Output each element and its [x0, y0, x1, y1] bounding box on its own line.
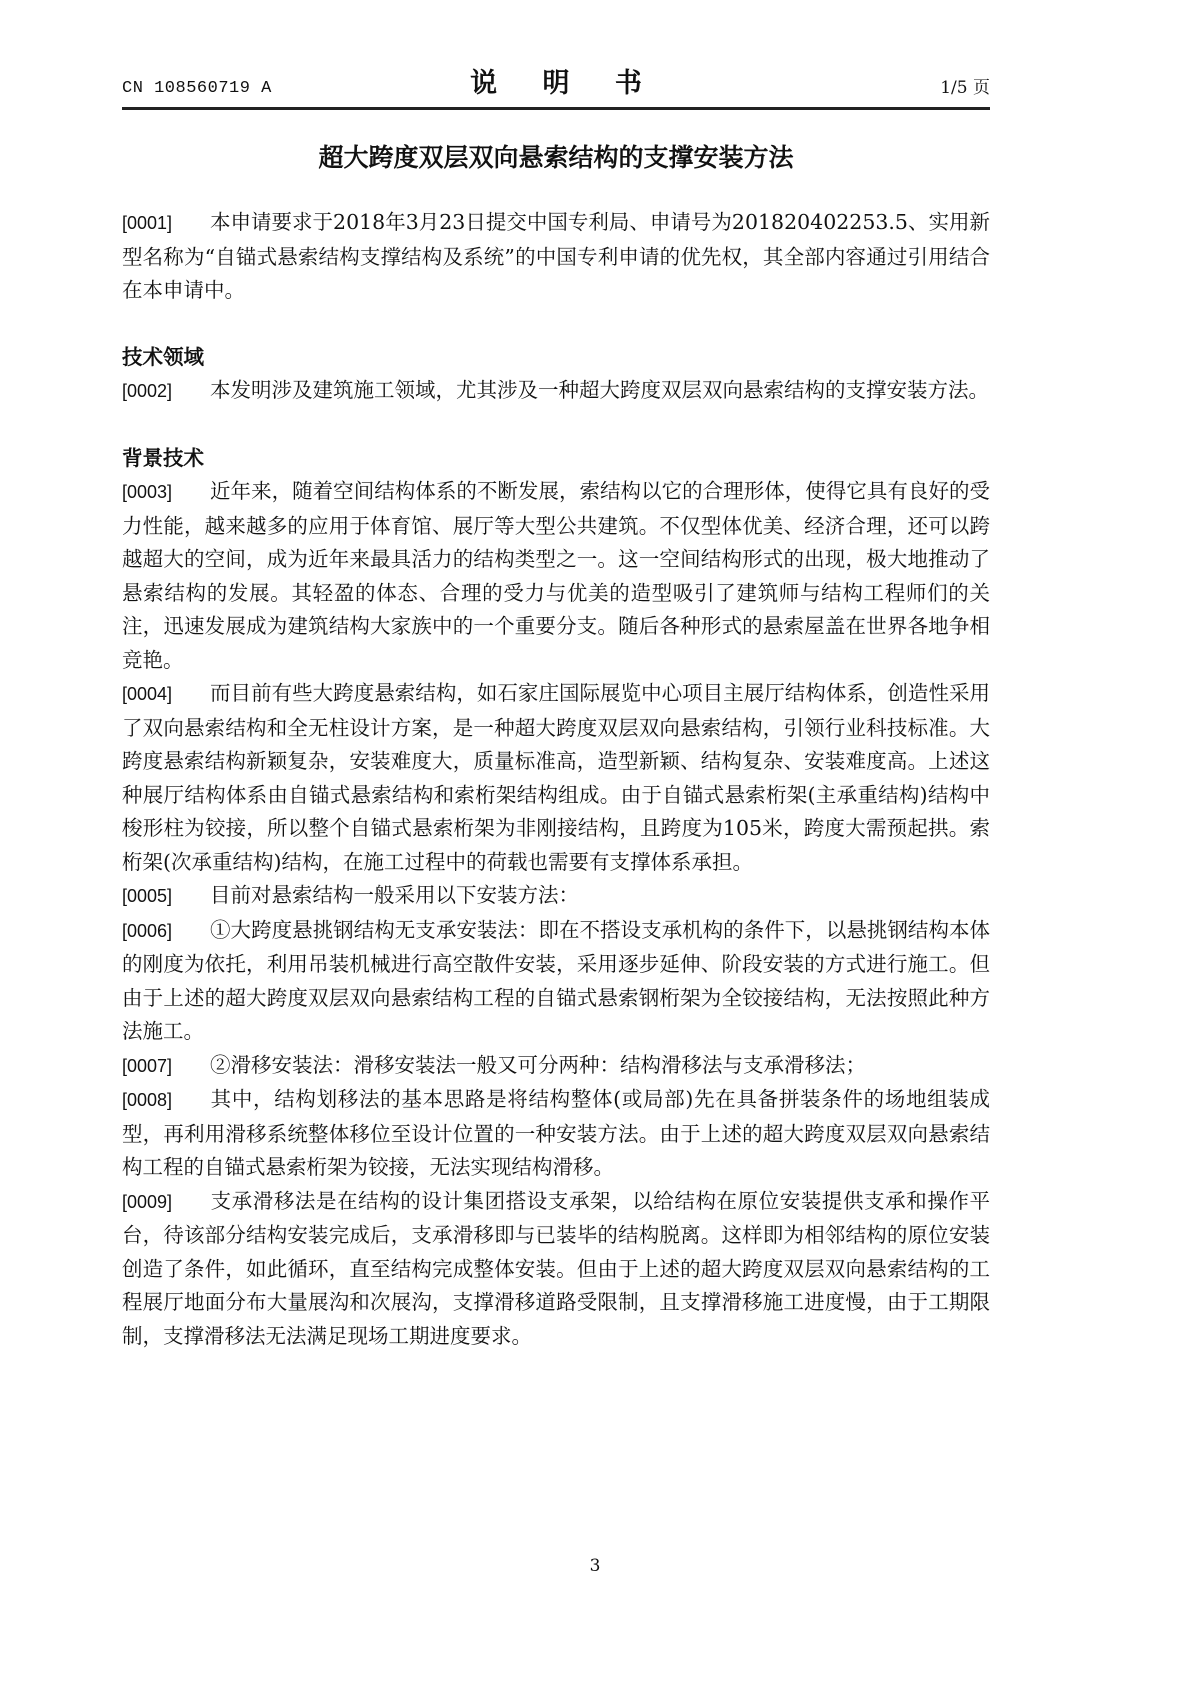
paragraph-text: 目前对悬索结构一般采用以下安装方法： [210, 883, 579, 907]
header-divider [122, 107, 990, 110]
paragraph-0004: [0004]而目前有些大跨度悬索结构，如石家庄国际展览中心项目主展厅结构体系，创… [122, 677, 990, 879]
section-heading-technical-field: 技术领域 [122, 341, 990, 375]
document-type: 说 明 书 [122, 61, 990, 100]
paragraph-number: [0009] [122, 1186, 210, 1220]
paragraph-text: 本发明涉及建筑施工领域，尤其涉及一种超大跨度双层双向悬索结构的支撑安装方法。 [210, 378, 989, 402]
paragraph-0006: [0006]①大跨度悬挑钢结构无支承安装法：即在不搭设支承机构的条件下，以悬挑钢… [122, 914, 990, 1049]
page-number: 3 [0, 1556, 1190, 1576]
document-body: [0001]本申请要求于2018年3月23日提交中国专利局、申请号为201820… [122, 206, 990, 1353]
paragraph-0001: [0001]本申请要求于2018年3月23日提交中国专利局、申请号为201820… [122, 206, 990, 308]
document-title: 超大跨度双层双向悬索结构的支撑安装方法 [122, 138, 990, 174]
paragraph-number: [0006] [122, 915, 210, 949]
paragraph-0007: [0007]②滑移安装法：滑移安装法一般又可分两种：结构滑移法与支承滑移法； [122, 1049, 990, 1084]
paragraph-text: 近年来，随着空间结构体系的不断发展，索结构以它的合理形体，使得它具有良好的受力性… [122, 479, 990, 672]
paragraph-number: [0008] [122, 1084, 210, 1118]
paragraph-number: [0003] [122, 476, 210, 510]
paragraph-number: [0004] [122, 678, 210, 712]
page-indicator: 1/5 页 [940, 73, 990, 98]
paragraph-0003: [0003]近年来，随着空间结构体系的不断发展，索结构以它的合理形体，使得它具有… [122, 475, 990, 677]
paragraph-text: ①大跨度悬挑钢结构无支承安装法：即在不搭设支承机构的条件下，以悬挑钢结构本体的刚… [122, 918, 990, 1044]
paragraph-text: 本申请要求于2018年3月23日提交中国专利局、申请号为201820402253… [122, 210, 990, 302]
paragraph-number: [0002] [122, 375, 210, 409]
paragraph-number: [0007] [122, 1050, 210, 1084]
paragraph-number: [0001] [122, 207, 210, 241]
paragraph-0005: [0005]目前对悬索结构一般采用以下安装方法： [122, 879, 990, 914]
paragraph-text: ②滑移安装法：滑移安装法一般又可分两种：结构滑移法与支承滑移法； [210, 1053, 866, 1077]
paragraph-text: 而目前有些大跨度悬索结构，如石家庄国际展览中心项目主展厅结构体系，创造性采用了双… [122, 681, 990, 874]
page-header: CN 108560719 A 说 明 书 1/5 页 [122, 60, 990, 104]
paragraph-text: 支承滑移法是在结构的设计集团搭设支承架，以给结构在原位安装提供支承和操作平台，待… [122, 1189, 990, 1348]
paragraph-0002: [0002]本发明涉及建筑施工领域，尤其涉及一种超大跨度双层双向悬索结构的支撑安… [122, 374, 990, 409]
paragraph-text: 其中，结构划移法的基本思路是将结构整体(或局部)先在具备拼装条件的场地组装成型，… [122, 1087, 990, 1179]
section-heading-background: 背景技术 [122, 442, 990, 476]
paragraph-number: [0005] [122, 880, 210, 914]
paragraph-0009: [0009]支承滑移法是在结构的设计集团搭设支承架，以给结构在原位安装提供支承和… [122, 1185, 990, 1354]
paragraph-0008: [0008]其中，结构划移法的基本思路是将结构整体(或局部)先在具备拼装条件的场… [122, 1083, 990, 1185]
